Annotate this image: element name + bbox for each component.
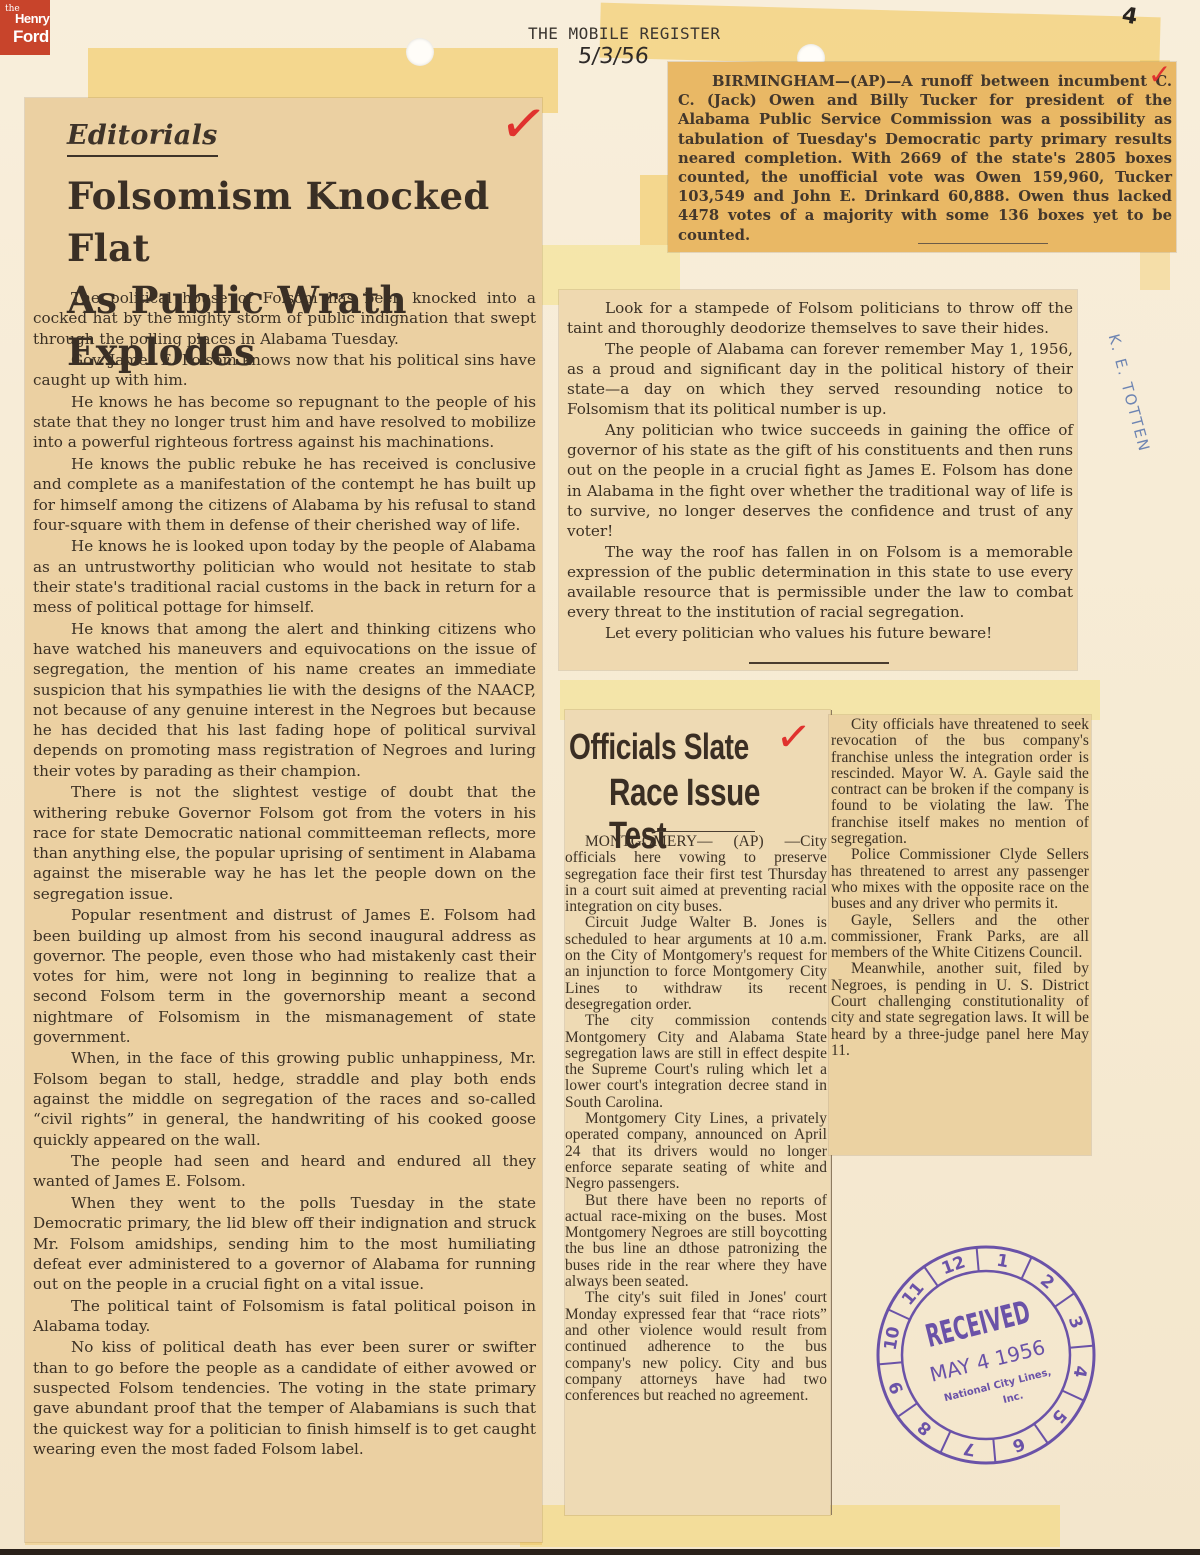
paragraph: The people of Alabama can forever rememb… (567, 339, 1073, 420)
paragraph: He knows he has become so repugnant to t… (33, 392, 536, 453)
paragraph: He knows he is looked upon today by the … (33, 536, 536, 617)
paragraph: Let every politician who values his futu… (567, 623, 1073, 643)
paragraph: The political house of Folsom has been k… (33, 288, 536, 349)
received-date-stamp: 121234567891011 RECEIVED MAY 4 1956 Nati… (872, 1240, 1100, 1470)
paragraph: Look for a stampede of Folsom politician… (567, 298, 1073, 339)
paragraph: When they went to the polls Tuesday in t… (33, 1193, 536, 1294)
section-label: Editorials (67, 120, 218, 157)
paragraph: When, in the face of this growing public… (33, 1048, 536, 1149)
scan-edge (0, 1549, 1200, 1555)
headline-line-1: Folsomism Knocked Flat (67, 170, 537, 274)
svg-text:7: 7 (962, 1438, 977, 1460)
paragraph: He knows the public rebuke he has receiv… (33, 454, 536, 535)
svg-text:3: 3 (1064, 1314, 1087, 1332)
paragraph: BIRMINGHAM—(AP)—A runoff between incumbe… (678, 72, 1172, 245)
paragraph: He knows that among the alert and thinki… (33, 619, 536, 781)
paragraph: The people had seen and heard and endure… (33, 1151, 536, 1192)
svg-text:Inc.: Inc. (1002, 1390, 1025, 1406)
paragraph: The way the roof has fallen in on Folsom… (567, 542, 1073, 623)
red-check-mark-icon: ✓ (1148, 58, 1171, 91)
officials-article-right-column: City officials have threatened to seek r… (829, 715, 1091, 1155)
svg-text:9: 9 (885, 1378, 908, 1396)
paragraph: MONTGOMERY— (AP) —City officials here vo… (565, 834, 827, 915)
publication-name: THE MOBILE REGISTER (528, 24, 721, 43)
paragraph: The city's suit filed in Jones' court Mo… (565, 1290, 827, 1404)
editorial-continuation-clipping: Look for a stampede of Folsom politician… (559, 290, 1077, 670)
paragraph: Police Commissioner Clyde Sellers has th… (831, 847, 1089, 912)
paragraph: Any politician who twice succeeds in gai… (567, 420, 1073, 542)
svg-text:6: 6 (1009, 1433, 1027, 1456)
paragraph: Circuit Judge Walter B. Jones is schedul… (565, 915, 827, 1013)
paragraph: But there have been no reports of actual… (565, 1193, 827, 1291)
red-check-mark-icon: ✓ (496, 89, 552, 160)
editorial-body: The political house of Folsom has been k… (33, 288, 536, 1460)
paragraph: Meanwhile, another suit, filed by Negroe… (831, 961, 1089, 1059)
divider-rule (749, 662, 889, 664)
svg-text:11: 11 (898, 1278, 929, 1309)
red-check-mark-icon: ✓ (774, 710, 814, 762)
divider-rule (645, 831, 755, 832)
paragraph: Popular resentment and distrust of James… (33, 905, 536, 1047)
clock-stamp-icon: 121234567891011 RECEIVED MAY 4 1956 Nati… (872, 1240, 1100, 1470)
editorial-clipping: Editorials Folsomism Knocked Flat As Pub… (25, 98, 542, 1542)
handwritten-date: 5/3/56 (577, 44, 650, 69)
logo-text-ford: Ford (13, 28, 49, 45)
birmingham-news-brief: BIRMINGHAM—(AP)—A runoff between incumbe… (668, 62, 1176, 252)
continuation-body: Look for a stampede of Folsom politician… (567, 298, 1073, 643)
paragraph: City officials have threatened to seek r… (831, 717, 1089, 847)
logo-text-henry: Henry (15, 12, 49, 25)
paragraph: Montgomery City Lines, a privately opera… (565, 1111, 827, 1192)
officials-left-body: MONTGOMERY— (AP) —City officials here vo… (565, 834, 827, 1404)
paragraph: There is not the slightest vestige of do… (33, 782, 536, 904)
paragraph: The political taint of Folsomism is fata… (33, 1296, 536, 1337)
svg-text:1: 1 (995, 1251, 1010, 1273)
svg-text:4: 4 (1069, 1364, 1091, 1379)
divider-rule (918, 243, 1048, 244)
punch-hole-left (406, 38, 434, 66)
paragraph: Gov. James E. Folsom knows now that his … (33, 350, 536, 391)
henry-ford-logo: the Henry Ford (0, 0, 50, 55)
paragraph: No kiss of political death has ever been… (33, 1337, 536, 1459)
officials-right-body: City officials have threatened to seek r… (831, 717, 1089, 1059)
brief-body: BIRMINGHAM—(AP)—A runoff between incumbe… (678, 72, 1172, 245)
paragraph: Gayle, Sellers and the other commissione… (831, 913, 1089, 962)
officials-headline-line-1: Officials Slate (569, 726, 749, 768)
officials-article-left-column: Officials Slate Race Issue Test MONTGOME… (565, 710, 830, 1515)
paragraph: The city commission contends Montgomery … (565, 1013, 827, 1111)
svg-text:10: 10 (881, 1325, 905, 1352)
